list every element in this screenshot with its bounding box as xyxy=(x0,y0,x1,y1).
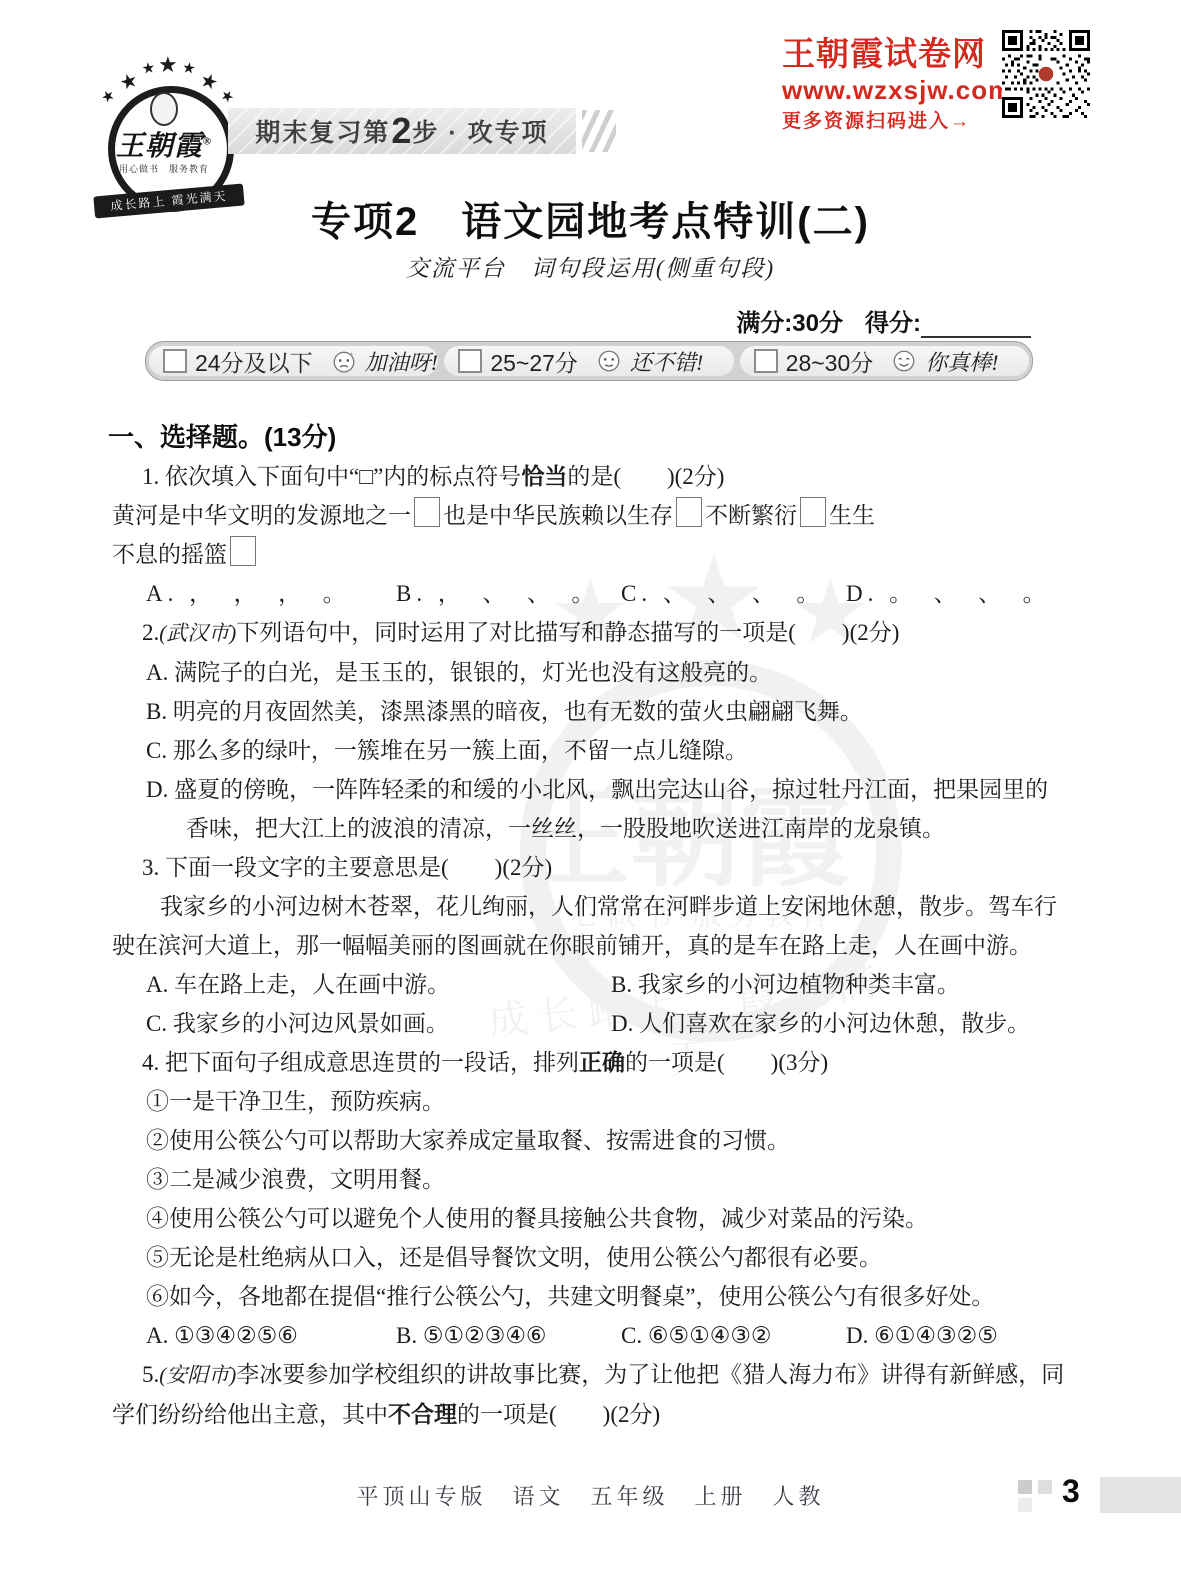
score-blank-line xyxy=(921,312,1031,338)
badge-star-icon xyxy=(181,61,196,78)
badge-star-icon xyxy=(141,61,156,78)
footer-square-decoration xyxy=(1018,1498,1032,1512)
website-name: 王朝霞试卷网 xyxy=(782,28,994,75)
badge-star-icon xyxy=(197,70,220,95)
q3-option-d: D. 人们喜欢在家乡的小河边休憩，散步。 xyxy=(611,1004,1069,1043)
praise-label: 你真棒! xyxy=(925,346,998,377)
q5-source: (安阳市) xyxy=(159,1363,236,1387)
q3-options: A. 车在路上走，人在画中游。 B. 我家乡的小河边植物种类丰富。 C. 我家乡… xyxy=(146,965,1069,1043)
exam-page: 王朝霞 用心做书 服务教育 成长路上 霞光满天 王朝霞® 用心做书 服务教育 成… xyxy=(0,0,1181,1582)
score-range-bar: 24分及以下 加油呀! 25~27分 还不错! xyxy=(145,341,1033,381)
q2-stem: 2.(武汉市)下列语句中，同时运用了对比描写和静态描写的一项是( )(2分) xyxy=(112,613,1069,653)
q2-option-a: A. 满院子的白光，是玉玉的，银银的，灯光也没有这般亮的。 xyxy=(146,653,1069,692)
q2-option-d: D. 盛夏的傍晚，一阵阵轻柔的和缓的小北风，飘出完达山谷，掠过牡丹江面，把果园里… xyxy=(146,770,1069,848)
badge-title: 王朝霞® xyxy=(100,124,228,164)
footer-square-decoration xyxy=(1018,1480,1032,1494)
q4-options: A. ①③④②⑤⑥ B. ⑤①②③④⑥ C. ⑥⑤①④③② D. ⑥①④③②⑤ xyxy=(146,1316,1069,1355)
q4-sentence-5: ⑤无论是杜绝病从口入，还是倡导餐饮文明，使用公筷公勺都很有必要。 xyxy=(146,1238,1069,1277)
q3-option-b: B. 我家乡的小河边植物种类丰富。 xyxy=(611,965,1069,1004)
q1-option-b: B. ， 、 、 。 xyxy=(396,574,621,613)
q4-option-c: C. ⑥⑤①④③② xyxy=(621,1316,846,1355)
website-brand-block: 王朝霞试卷网 www.wzxsjw.com 更多资源扫码进入→ xyxy=(782,28,994,133)
q4-sentence-4: ④使用公筷公勺可以避免个人使用的餐具接触公共食物，减少对菜品的污染。 xyxy=(146,1199,1069,1238)
punctuation-box xyxy=(676,497,702,527)
range-label: 24分及以下 xyxy=(195,345,313,378)
footer-edition: 平顶山专版 语文 五年级 上册 人教 xyxy=(0,1480,1181,1511)
website-url[interactable]: www.wzxsjw.com xyxy=(782,75,994,106)
q4-stem-bold: 正确 xyxy=(579,1050,625,1075)
q4-option-b: B. ⑤①②③④⑥ xyxy=(396,1316,621,1355)
q1-stem-tail: 的是( )(2分) xyxy=(567,464,724,489)
review-step-banner: 期末复习第2步 · 攻专项 xyxy=(228,108,576,154)
q3-passage: 我家乡的小河边树木苍翠，花儿绚丽，人们常常在河畔步道上安闲地休憩，散步。驾车行驶… xyxy=(112,887,1069,965)
q2-option-b: B. 明亮的月夜固然美，漆黑漆黑的暗夜，也有无数的萤火虫翩翩飞舞。 xyxy=(146,692,1069,731)
page-number: 3 xyxy=(1062,1473,1080,1510)
full-score-label: 满分:30分 xyxy=(736,310,843,337)
q4-sentence-3: ③二是减少浪费，文明用餐。 xyxy=(146,1160,1069,1199)
page-subtitle: 交流平台 词句段运用(侧重句段) xyxy=(0,250,1181,283)
punctuation-box xyxy=(414,497,440,527)
badge-star-icon xyxy=(99,88,118,108)
q1-options: A. ， ， ， 。 B. ， 、 、 。 C. 、 、 、 。 D. 。 、 … xyxy=(146,574,1069,613)
q4-option-d: D. ⑥①④③②⑤ xyxy=(846,1316,998,1355)
q2-option-c: C. 那么多的绿叶，一簇堆在另一簇上面，不留一点儿缝隙。 xyxy=(146,731,1069,770)
score-range-high: 28~30分 你真棒! xyxy=(740,346,1029,376)
registered-mark: ® xyxy=(203,136,212,148)
badge-star-icon xyxy=(217,88,236,108)
score-range-low: 24分及以下 加油呀! xyxy=(149,346,438,376)
badge-portrait-icon xyxy=(150,92,178,126)
q5-stem-bold: 不合理 xyxy=(388,1402,457,1427)
q1-stem-text: 1. 依次填入下面句中“□”内的标点符号 xyxy=(142,464,521,489)
q3-stem: 3. 下面一段文字的主要意思是( )(2分) xyxy=(112,848,1069,887)
score-label: 得分: xyxy=(865,310,921,337)
q1-option-a: A. ， ， ， 。 xyxy=(146,574,396,613)
q4-sentence-2: ②使用公筷公勺可以帮助大家养成定量取餐、按需进食的习惯。 xyxy=(146,1121,1069,1160)
page-number-bar xyxy=(1100,1477,1181,1513)
question-area: 一、选择题。(13分) 1. 依次填入下面句中“□”内的标点符号恰当的是( )(… xyxy=(112,418,1069,1434)
badge-star-icon xyxy=(117,70,140,95)
qr-code xyxy=(1002,30,1090,118)
q4-sentence-6: ⑥如今，各地都在提倡“推行公筷公勺，共建文明餐桌”，使用公筷公勺有很多好处。 xyxy=(146,1277,1069,1316)
q4-stem: 4. 把下面句子组成意思连贯的一段话，排列正确的一项是( )(3分) xyxy=(112,1043,1069,1082)
neutral-smile-face-icon xyxy=(596,348,622,374)
sweat-face-icon xyxy=(331,348,357,374)
score-line: 满分:30分得分: xyxy=(736,303,1031,338)
qr-center-emblem xyxy=(1039,67,1054,82)
section-title: 一、选择题。(13分) xyxy=(108,418,1069,457)
punctuation-box xyxy=(800,497,826,527)
banner-text-pre: 期末复习第 xyxy=(255,113,390,149)
q1-option-d: D. 。 、 、 。 xyxy=(846,574,1051,613)
website-scan-hint: 更多资源扫码进入→ xyxy=(782,106,994,133)
checkbox[interactable] xyxy=(163,349,187,373)
checkbox[interactable] xyxy=(754,349,778,373)
q1-sentence-line2: 不息的摇篮 xyxy=(112,535,1069,574)
q1-option-c: C. 、 、 、 。 xyxy=(621,574,846,613)
checkbox[interactable] xyxy=(458,349,482,373)
page-title: 专项2 语文园地考点特训(二) xyxy=(0,190,1181,247)
banner-text-post: 步 · 攻专项 xyxy=(412,113,548,149)
footer-square-decoration xyxy=(1038,1480,1052,1494)
badge-star-icon xyxy=(158,54,178,76)
praise-label: 还不错! xyxy=(630,346,703,377)
praise-label: 加油呀! xyxy=(365,346,438,377)
q3-option-a: A. 车在路上走，人在画中游。 xyxy=(146,965,611,1004)
q4-option-a: A. ①③④②⑤⑥ xyxy=(146,1316,396,1355)
page-header: 王朝霞® 用心做书 服务教育 成长路上 霞光满天 期末复习第2步 · 攻专项 王… xyxy=(0,0,1181,412)
q4-sentence-1: ①一是干净卫生，预防疾病。 xyxy=(146,1082,1069,1121)
banner-stripes-decoration xyxy=(582,110,616,152)
score-range-mid: 25~27分 还不错! xyxy=(444,346,733,376)
q1-stem: 1. 依次填入下面句中“□”内的标点符号恰当的是( )(2分) xyxy=(112,457,1069,496)
punctuation-box xyxy=(230,536,256,566)
q5-stem: 5.(安阳市)李冰要参加学校组织的讲故事比赛，为了让他把《猎人海力布》讲得有新鲜… xyxy=(112,1355,1069,1434)
range-label: 25~27分 xyxy=(490,345,578,378)
q3-option-c: C. 我家乡的小河边风景如画。 xyxy=(146,1004,611,1043)
q1-stem-bold: 恰当 xyxy=(521,464,567,489)
happy-face-icon xyxy=(891,348,917,374)
q1-sentence-line1: 黄河是中华文明的发源地之一也是中华民族赖以生存不断繁衍生生 xyxy=(112,496,1069,535)
banner-step-number: 2 xyxy=(391,110,411,152)
range-label: 28~30分 xyxy=(786,345,874,378)
badge-motto: 用心做书 服务教育 xyxy=(100,162,228,175)
q2-source: (武汉市) xyxy=(159,621,236,645)
